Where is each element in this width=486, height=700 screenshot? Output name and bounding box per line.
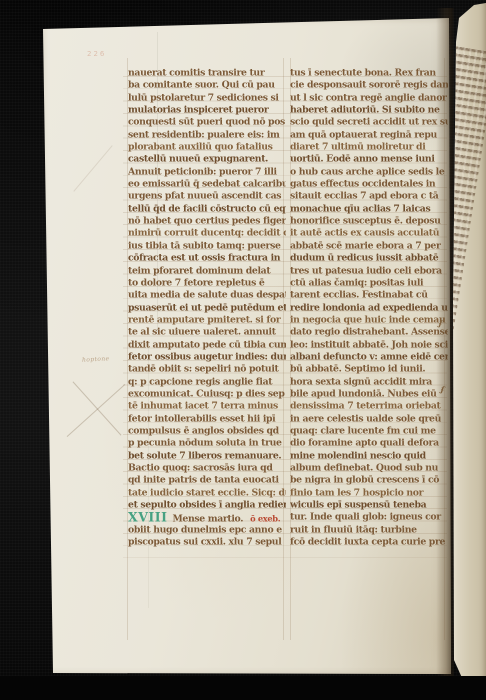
manuscript-text-line: sitauit ecclias 7 apd ebora c tā bbox=[290, 190, 448, 203]
manuscript-text-line: wiculis epī suspensū teneba bbox=[290, 499, 448, 512]
manuscript-text-line: psuaserūt ei ut pedē putēdum et se bbox=[128, 302, 286, 315]
manuscript-text-line: monachue qīu aclias 7 laicas bbox=[290, 203, 448, 216]
manuscript-text-line: leo: instituit abbatē. Joh noie sci bbox=[290, 339, 448, 352]
manuscript-text-line: castellū nuueū expugnarent. bbox=[128, 153, 286, 166]
chapter-numeral: XVIII bbox=[128, 509, 167, 525]
folio-pencil-mark: 226 bbox=[87, 50, 106, 58]
manuscript-text-line: bet solute 7 liberos remanuare. bbox=[128, 450, 286, 463]
manuscript-text-line: plorabant auxiliū quo fatalius bbox=[128, 141, 286, 154]
manuscript-text-line: tate iudicio staret ecclie. Sicq: du bbox=[128, 487, 286, 500]
manuscript-text-line: obiit hugo dunelmis epc anno e bbox=[128, 524, 286, 537]
book-gutter-shadow bbox=[436, 8, 454, 680]
manuscript-text-line: to dolore 7 fetore repletus ē bbox=[128, 277, 286, 290]
manuscript-text-line: tus ī senectute bona. Rex fran bbox=[290, 67, 448, 80]
manuscript-text-line: bile apud lundoniā. Nubes eiū bbox=[290, 388, 448, 401]
manuscript-text-line: excomunicat. Cuiusq: p dies sep bbox=[128, 388, 286, 401]
manuscript-text-line: tarent ecclias. Festinabat cū bbox=[290, 289, 448, 302]
manuscript-text-line: densissima 7 teterrima oriebat bbox=[290, 400, 448, 413]
margin-annotation: hoptone bbox=[82, 355, 110, 363]
manuscript-text-line: diaret 7 ultimū moliretur di bbox=[290, 141, 448, 154]
manuscript-text-line: mine molendini nescio quid bbox=[290, 450, 448, 463]
manuscript-text-line: eo emissariū q̄ sedebat calcaribus bbox=[128, 178, 286, 191]
manuscript-text-line: fetor intollerabilis esset hii ipī bbox=[128, 413, 286, 426]
manuscript-text-line: nauerat comitis transire tur bbox=[128, 67, 286, 80]
manuscript-text-line: piscopatus sui cxxii. xlu 7 sepul bbox=[128, 536, 286, 549]
manuscript-text-line: uortiū. Eodē anno mense iuni bbox=[290, 153, 448, 166]
manuscript-text-line: it autē actis ex causis acculatū bbox=[290, 227, 448, 240]
bottom-shadow bbox=[0, 676, 486, 700]
manuscript-text-line: quaq: clare lucente fm cui me bbox=[290, 425, 448, 438]
manuscript-text-line: tē inhumat iacet 7 terra minus bbox=[128, 400, 286, 413]
text-column-left: nauerat comitis transire turba comitante… bbox=[128, 67, 286, 559]
manuscript-text-line: lulū pstolaretur 7 sediciones si bbox=[128, 92, 286, 105]
manuscript-text-line: qd inite patris de tanta euocati bbox=[128, 474, 286, 487]
manuscript-text-line: tres ut patesua iudio celi ebora bbox=[290, 265, 448, 278]
manuscript-text-line: am quā optauerat reginā repu bbox=[290, 129, 448, 142]
manuscript-text-line: cōfracta est ut ossis fractura in bbox=[128, 252, 286, 265]
manuscript-text-line: bū abbatē. Septimo id iunii. bbox=[290, 363, 448, 376]
manuscript-text-line: haberet adiutoriū. Si subito ne bbox=[290, 104, 448, 117]
manuscript-text-line: album definebat. Quod sub nu bbox=[290, 462, 448, 475]
manuscript-text-line: hora sexta signū accidit mira bbox=[290, 376, 448, 389]
manuscript-text-line: nimirū corruit ducentq: decidit cu bbox=[128, 227, 286, 240]
scratch-mark bbox=[73, 381, 122, 435]
manuscript-text-line: ius tibia tā subito tamq: puerse bbox=[128, 240, 286, 253]
manuscript-text-line: o hub caus arche aplice sedis le bbox=[290, 166, 448, 179]
red-rubric: ō exeb. bbox=[250, 513, 280, 523]
manuscript-photo: 226 hoptone nauerat comitis transire tur… bbox=[0, 0, 486, 700]
scratch-mark bbox=[73, 145, 112, 192]
manuscript-text-line: in aere celestis ualde sole qreū bbox=[290, 413, 448, 426]
manuscript-text-line: q: p capcione regis anglie fiat bbox=[128, 376, 286, 389]
manuscript-text-line: tur. Inde quali glob: igneus cor bbox=[290, 511, 448, 524]
manuscript-text-line: finio tam les 7 hospicio nor bbox=[290, 487, 448, 500]
manuscript-text-line: albani defuncto v: amne eidē cens bbox=[290, 351, 448, 364]
manuscript-text-line: dudum ū redicus iussit abbatē bbox=[290, 252, 448, 265]
manuscript-text-line: dio foramine apto quali defora bbox=[290, 437, 448, 450]
manuscript-text-line: gatus effectus occidentales in bbox=[290, 178, 448, 191]
manuscript-text-line: in negocia que huic inde cemau bbox=[290, 314, 448, 327]
manuscript-text-line: urgens pfat nuueū ascendit cas bbox=[128, 190, 286, 203]
manuscript-text-line: p pecunia nōdum soluta in true bbox=[128, 437, 286, 450]
manuscript-text-line: Annuit peticionib: pueror 7 illi bbox=[128, 166, 286, 179]
manuscript-text-line: fetor ossibus augetur indies: dur bbox=[128, 351, 286, 364]
manuscript-text-line: ctū alias čamiq: positas iuli bbox=[290, 277, 448, 290]
manuscript-text-line: tandē obiit s: sepeliri nō potuit bbox=[128, 363, 286, 376]
manuscript-text-line: XVIIIMense martio.ō exeb. bbox=[128, 511, 286, 524]
manuscript-text-line: dixit amputato pede cū tibia cum bbox=[128, 339, 286, 352]
manuscript-text-line: ruit in fluuiū itāq: turbine bbox=[290, 524, 448, 537]
manuscript-text-line: te al sic uiuere ualeret. annuit bbox=[128, 326, 286, 339]
manuscript-text-line: conquesti sūt pueri quod nō pos bbox=[128, 116, 286, 129]
manuscript-text-line: Bactio quoq: sacrosās iura qd bbox=[128, 462, 286, 475]
manuscript-text-line: scio quid secreti accidit ut rex su bbox=[290, 116, 448, 129]
manuscript-text-line: teim pforaret dominum delat bbox=[128, 265, 286, 278]
manuscript-text-line: abbatē scē marie ebora a 7 per bbox=[290, 240, 448, 253]
manuscript-text-line: redire londonia ad expedienda ur bbox=[290, 302, 448, 315]
manuscript-text-line: fcō decidit iuxta cepta curie pre bbox=[290, 536, 448, 549]
manuscript-text-line: ba comitante suor. Qui cū pau bbox=[128, 79, 286, 92]
manuscript-text-line: sent residentib: pualere eis: im bbox=[128, 129, 286, 142]
manuscript-text-line: uita media de salute duas despat bbox=[128, 289, 286, 302]
manuscript-text-line: ut l sic contra regē anglie danor bbox=[290, 92, 448, 105]
manuscript-text-line: compulsus ē anglos obsides qd bbox=[128, 425, 286, 438]
manuscript-text-line: mulatorias inspiceret pueror bbox=[128, 104, 286, 117]
text-column-right: tus ī senectute bona. Rex francie despon… bbox=[290, 67, 448, 559]
manuscript-text-line: be nigra in globū crescens ī cō bbox=[290, 474, 448, 487]
manuscript-text-line: dato regio distrahebant. Assense in bbox=[290, 326, 448, 339]
manuscript-text-line: tellū q̄d de facili cōstructo cū equ bbox=[128, 203, 286, 216]
manuscript-text-line: rentē amputare pmiteret. si for bbox=[128, 314, 286, 327]
manuscript-page: 226 hoptone nauerat comitis transire tur… bbox=[43, 18, 451, 676]
manuscript-text-line: cie desponsauit sororē regis danor bbox=[290, 79, 448, 92]
